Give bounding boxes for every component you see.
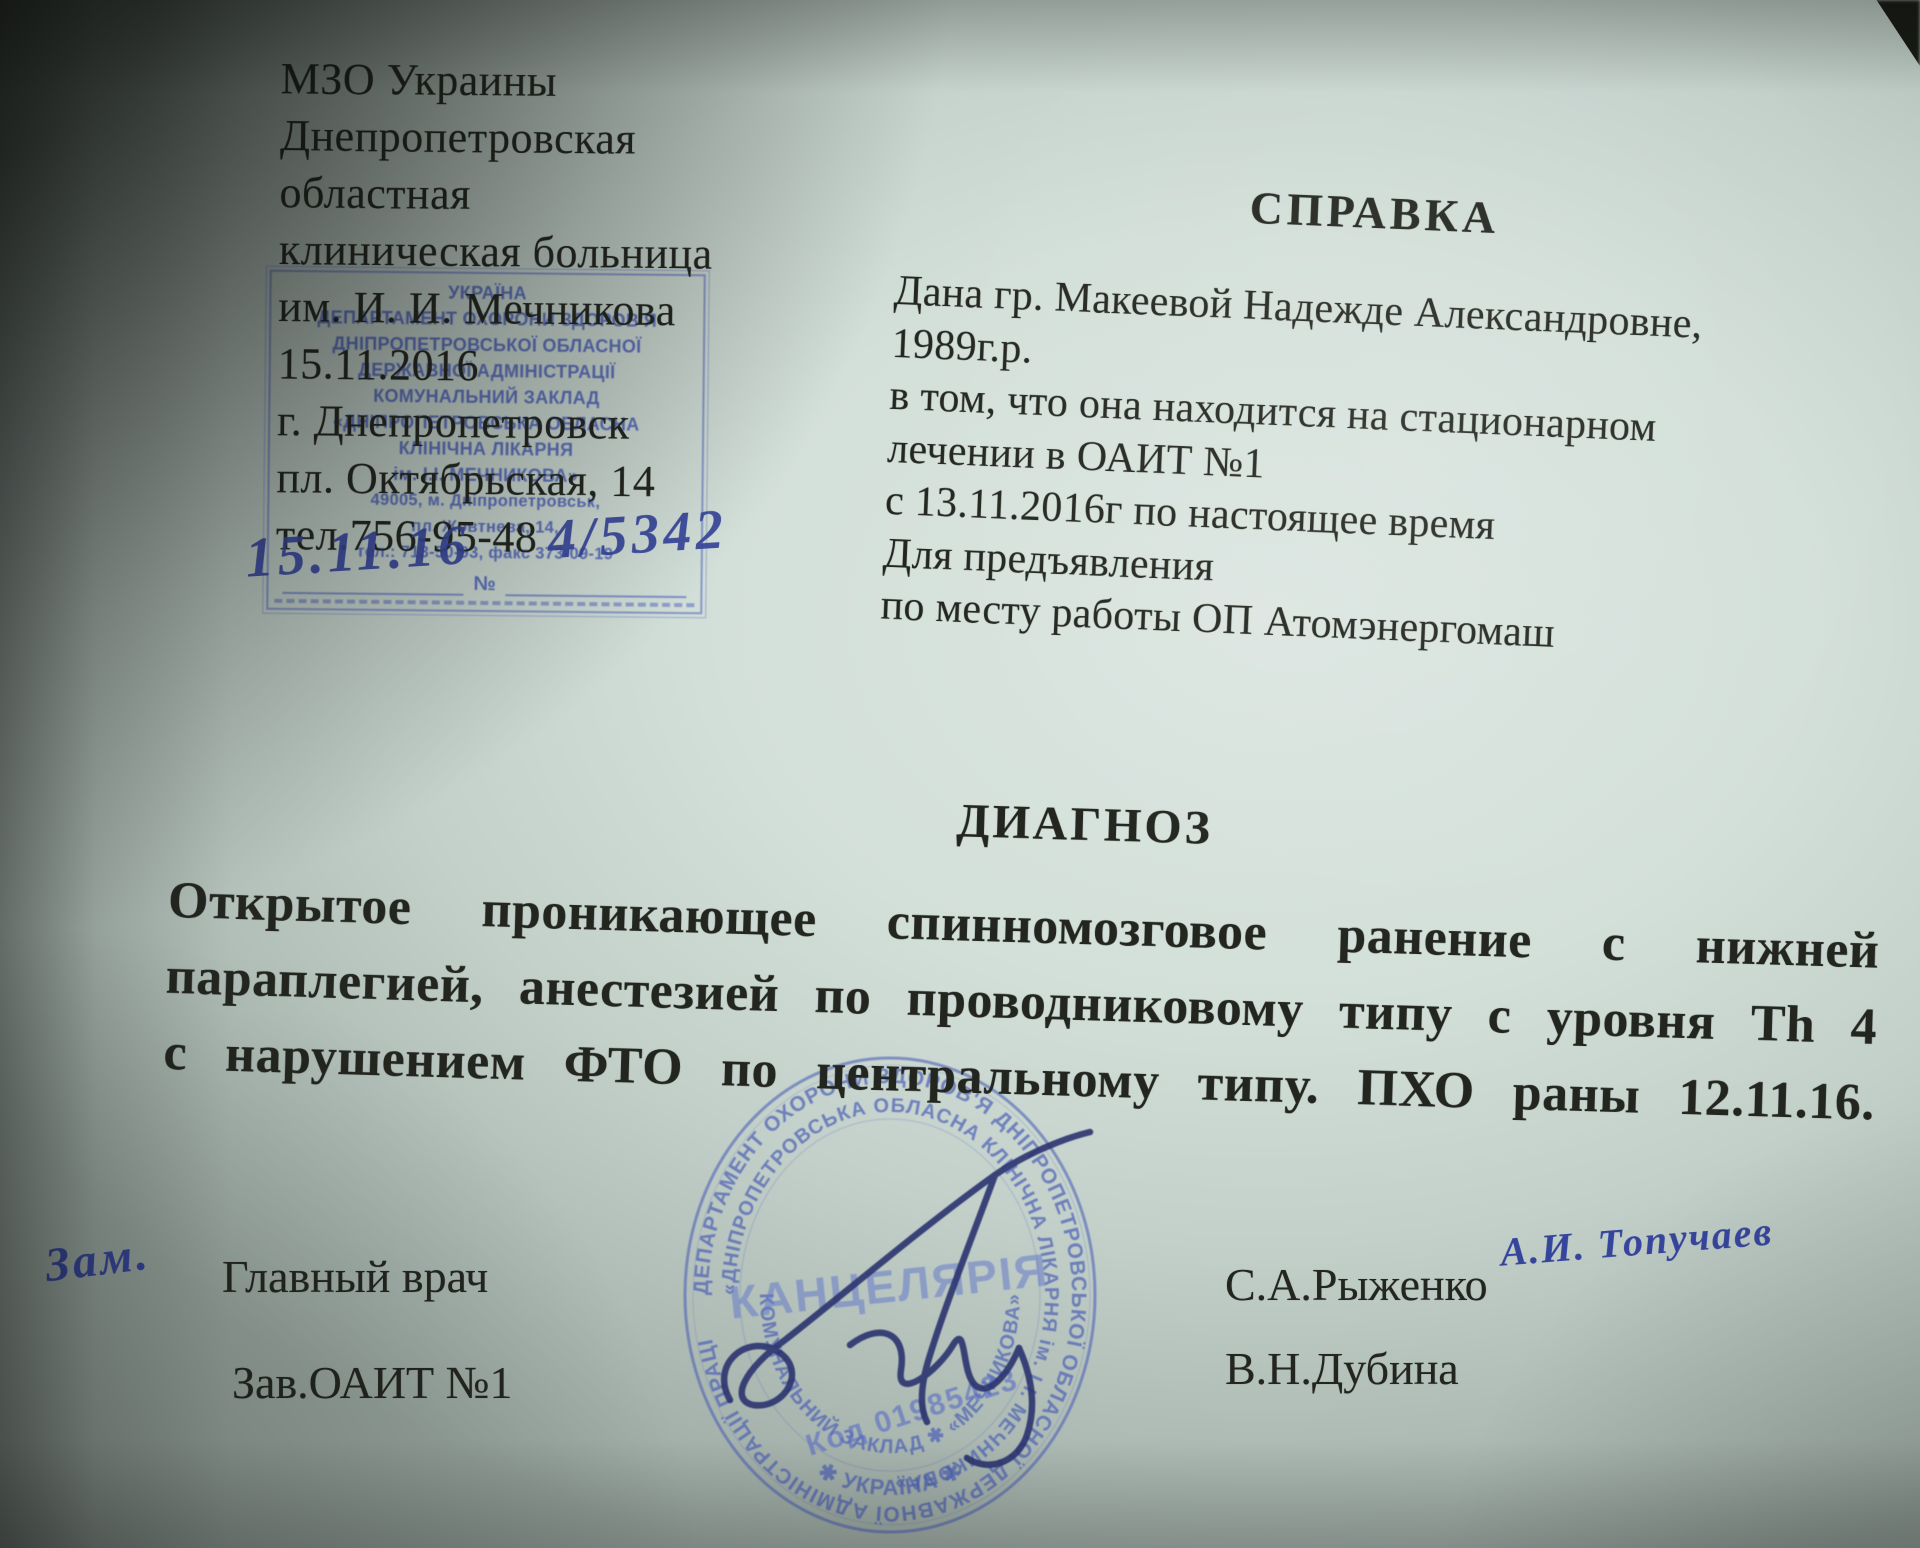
diagnosis-block: ДИАГНОЗ Открытое проникающее спинномозго… xyxy=(162,770,1883,1142)
stamp-number-blank xyxy=(506,572,687,598)
chief-doctor-signature-handwritten: А.И. Топучаев xyxy=(1499,1207,1775,1275)
diagnosis-body: Открытое проникающее спинномозговое ране… xyxy=(162,863,1880,1142)
issuer-city-line: г. Днепропетровск xyxy=(277,392,711,454)
name-icu-head: В.Н.Дубина xyxy=(1225,1342,1459,1395)
issuer-line: Днепропетровская xyxy=(280,107,714,169)
registration-number-handwritten: 4/5342 xyxy=(546,497,729,572)
round-chancery-stamp: ДЕПАРТАМЕНТ ОХОРОНИ ЗДОРОВ'Я ДНІПРОПЕТРО… xyxy=(675,1050,1105,1548)
deputy-note-handwritten: Зам. xyxy=(42,1226,153,1293)
issuer-block: МЗО Украины Днепропетровская областная к… xyxy=(276,50,715,568)
issuer-line: областная xyxy=(279,164,713,226)
certificate-title: СПРАВКА xyxy=(1249,163,1829,258)
name-chief-doctor: С.А.Рыженко xyxy=(1225,1258,1488,1311)
issuer-line: клиническая больница xyxy=(279,221,713,283)
registration-date-handwritten: 15.11.16 xyxy=(243,513,471,591)
issuer-date-line: 15.11.2016 xyxy=(277,335,711,397)
certificate-body: Дана гр. Макеевой Надежде Александровне,… xyxy=(880,265,1825,671)
stamp-bottom-hatch xyxy=(274,599,694,607)
position-chief-doctor: Главный врач xyxy=(222,1250,488,1303)
certificate-block: СПРАВКА Дана гр. Макеевой Надежде Алекса… xyxy=(880,148,1829,671)
diagnosis-title: ДИАГНОЗ xyxy=(228,772,1920,878)
issuer-line: МЗО Украины xyxy=(280,50,714,112)
photo-of-medical-certificate: МЗО Украины Днепропетровская областная к… xyxy=(0,0,1920,1548)
issuer-line: им. И. И. Мечникова xyxy=(278,278,712,340)
position-icu-head: Зав.ОАИТ №1 xyxy=(232,1356,513,1409)
paper-corner-background xyxy=(1852,0,1920,66)
